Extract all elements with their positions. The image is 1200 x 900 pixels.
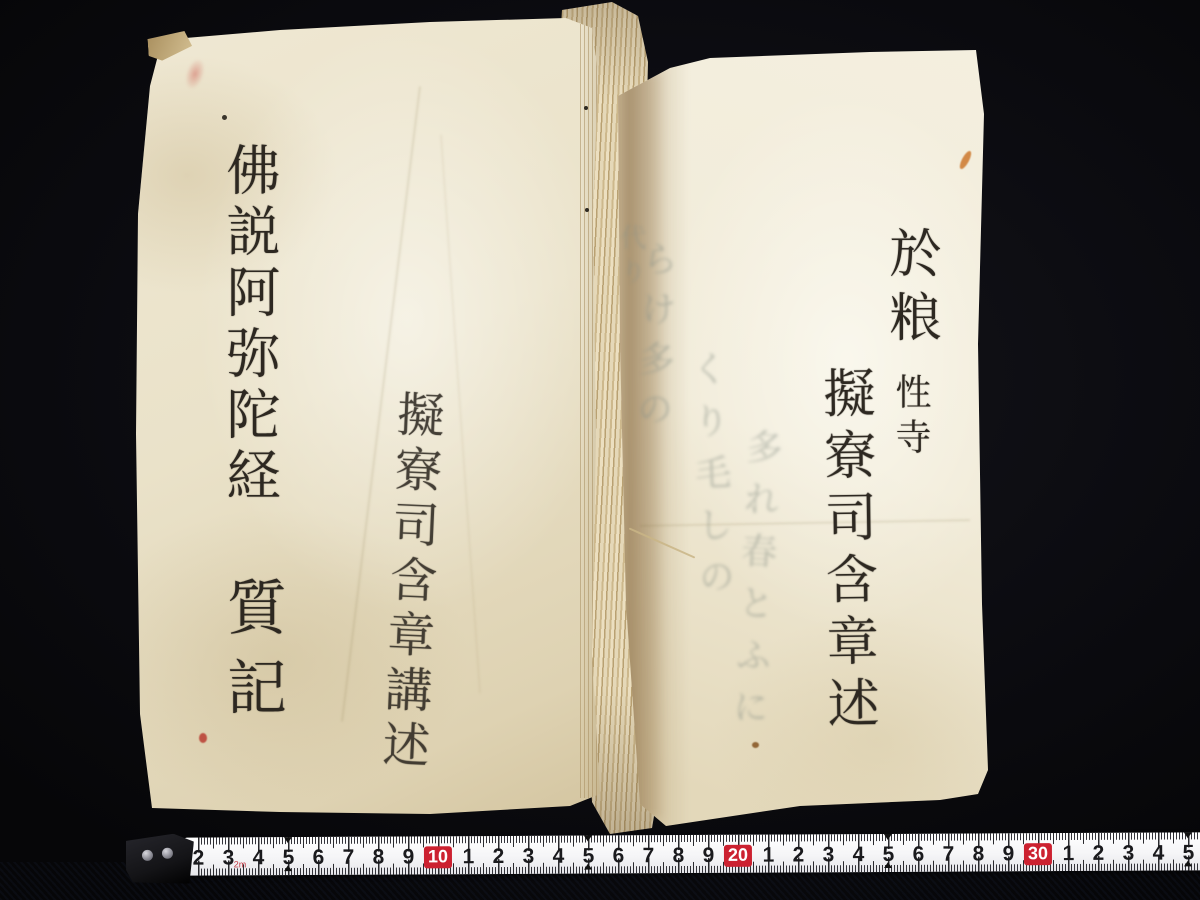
- ruler-number: 6: [913, 843, 924, 867]
- ruler-number: 3: [523, 845, 534, 869]
- ruler-number: 2: [793, 843, 804, 867]
- centre-mark-triangle: [584, 864, 592, 870]
- ruler-number: 3: [1123, 842, 1134, 866]
- ruler-number: 1: [463, 845, 474, 869]
- ruler-number-red: 20: [724, 845, 752, 867]
- temple-name-large: 於粮: [880, 226, 940, 354]
- centre-mark-triangle: [1184, 832, 1192, 838]
- ink-speck: [585, 208, 589, 212]
- ruler-number: 8: [973, 842, 984, 866]
- ruler-number-red: 10: [424, 846, 452, 868]
- centre-mark-triangle: [284, 865, 292, 871]
- ruler-number: 9: [403, 845, 414, 869]
- photo-of-manuscript: { "left_page": { "title_column": "佛説阿弥陀経…: [0, 0, 1200, 900]
- ruler-number: 6: [613, 844, 624, 868]
- sutra-title-suffix: 質記: [202, 576, 282, 736]
- centre-mark-triangle: [884, 834, 892, 840]
- rivet: [162, 848, 173, 859]
- ruler-number: 2: [1093, 842, 1104, 866]
- bleedthrough-ink-column: くり毛しの: [687, 349, 732, 610]
- red-dot-stain: [199, 733, 207, 743]
- paper-crease: [440, 135, 480, 694]
- temple-name-small: 性寺: [890, 373, 931, 463]
- ruler-number: 6: [313, 846, 324, 870]
- ruler-number: 3: [823, 843, 834, 867]
- ruler-number: 1: [763, 844, 774, 868]
- ruler-number: 2: [493, 845, 504, 869]
- centre-mark-triangle: [584, 836, 592, 842]
- ruler-number: 1: [1063, 842, 1074, 866]
- tape-class-label: 2m: [234, 859, 247, 869]
- ruler-number-red: 30: [1024, 843, 1052, 865]
- brown-speck: [752, 742, 759, 748]
- measuring-tape: 23456789101234567892012345678930123456 2…: [120, 828, 1200, 888]
- centre-mark-triangle: [284, 837, 292, 843]
- centre-mark-triangle: [1184, 860, 1192, 866]
- ruler-number: 2: [193, 847, 204, 871]
- author-inscription-column: 擬寮司含章述: [817, 366, 874, 739]
- ink-speck: [222, 115, 227, 120]
- ruler-number: 4: [853, 843, 864, 867]
- ruler-number: 9: [1003, 842, 1014, 866]
- ruler-number: 4: [253, 846, 264, 870]
- temple-name-column: 於粮 性寺: [866, 226, 936, 463]
- ruler-number: 8: [373, 846, 384, 870]
- ruler-number: 8: [673, 844, 684, 868]
- centre-mark-triangle: [884, 862, 892, 868]
- ruler-number: 7: [343, 846, 354, 870]
- ruler-number: 7: [643, 844, 654, 868]
- ruler-number: 3: [223, 846, 234, 870]
- ink-speck: [584, 106, 588, 110]
- ruler-number: 4: [553, 845, 564, 869]
- sutra-title-column: 佛説阿弥陀経: [196, 142, 276, 508]
- tape-end-hook: [126, 834, 194, 884]
- bleedthrough-ink-column: 代り: [618, 224, 644, 292]
- ruler-number: 4: [1153, 842, 1164, 866]
- rivet: [142, 850, 153, 861]
- ruler-number: 7: [943, 843, 954, 867]
- ruler-number: 9: [703, 844, 714, 868]
